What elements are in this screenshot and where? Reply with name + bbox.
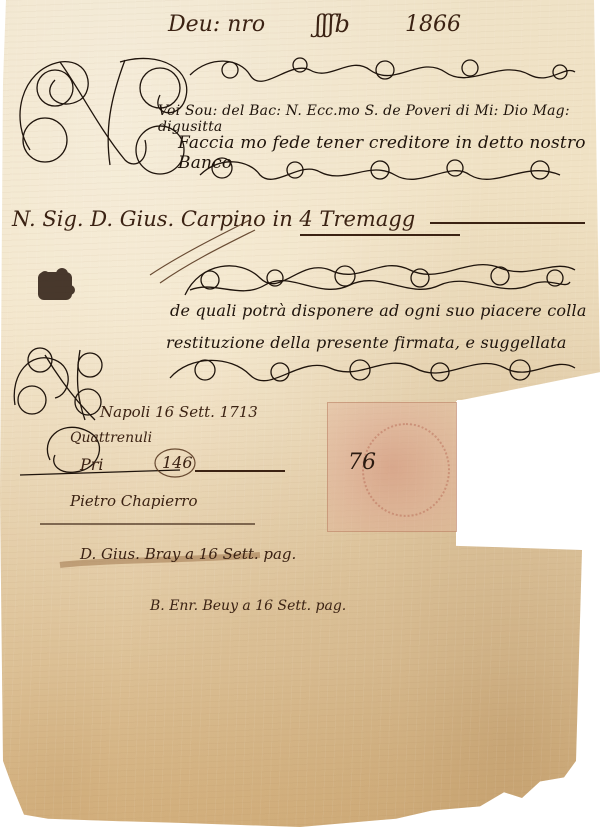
amount-circle: 146	[162, 453, 193, 472]
header-amount-mark: ʃʃʃb	[315, 10, 350, 38]
missing-paper-area	[457, 400, 600, 545]
endorsement-note-1: D. Gius. Bray a 16 Sett. pag.	[80, 545, 296, 563]
printed-line-3: de quali potrà disponere ad ogni suo pia…	[170, 301, 587, 320]
printed-line-2: Faccia mo fede tener creditore in detto …	[178, 133, 600, 173]
amount-underline	[195, 470, 285, 472]
printed-line-1: Voi Sou: del Bac: N. Ecc.mo S. de Poveri…	[158, 103, 600, 135]
seal-stamp	[327, 402, 457, 532]
endorsement-note-2: B. Enr. Beuy a 16 Sett. pag.	[150, 598, 346, 614]
signature-line-2: Pri	[80, 455, 104, 474]
creditor-underline	[430, 222, 585, 224]
signature-line-1: Quattrenuli	[70, 430, 152, 446]
header-prefix: Deu: nro	[168, 12, 265, 37]
creditor-underline-2	[300, 234, 460, 236]
header-number: 1866	[405, 12, 461, 37]
officer-underline	[40, 523, 255, 525]
officer-signature: Pietro Chapierro	[70, 492, 198, 510]
creditor-line: N. Sig. D. Gius. Carpino in 4 Tremagg	[12, 207, 415, 231]
printed-line-4: restituzione della presente firmata, e s…	[166, 333, 567, 352]
place-date: Napoli 16 Sett. 1713	[100, 403, 258, 421]
stamp-number: 76	[348, 450, 376, 475]
